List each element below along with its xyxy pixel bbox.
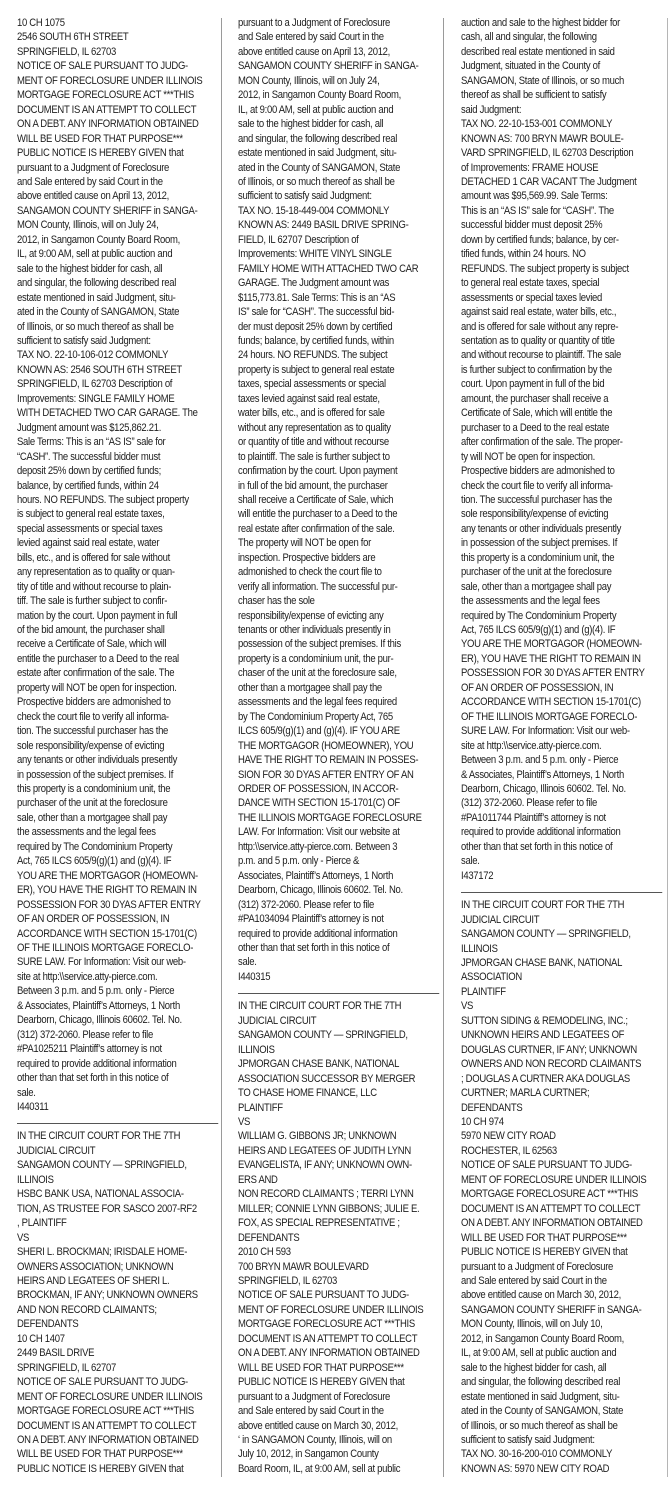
notice-text-line: water bills, etc., and is offered for sa… bbox=[238, 406, 444, 420]
notice-text-line: DEFENDANTS bbox=[238, 1231, 444, 1245]
notice-text-line: “CASH”. The successful bidder must bbox=[17, 450, 223, 464]
notice-text-line: July 10, 2012, in Sangamon County bbox=[238, 1447, 444, 1461]
notice-text-line: any tenants or other individuals present… bbox=[461, 522, 667, 536]
notice-text-line: Act, 765 ILCS 605/9(g)(1) and (g)(4). IF bbox=[17, 854, 223, 868]
notice-text-line: JPMORGAN CHASE BANK, NATIONAL bbox=[461, 956, 667, 970]
notice-text-line: DOCUMENT IS AN ATTEMPT TO COLLECT bbox=[238, 1332, 444, 1346]
notice-text-line: purchaser of the unit at the foreclosure bbox=[461, 565, 667, 579]
notice-text-line: 10 CH 1407 bbox=[17, 1332, 223, 1346]
notice-text-line: MORTGAGE FORECLOSURE ACT ***THIS bbox=[238, 1317, 444, 1331]
notice-text-line: NOTICE OF SALE PURSUANT TO JUDG- bbox=[461, 1158, 667, 1172]
notice-text-line: THE ILLINOIS MORTGAGE FORECLOSURE bbox=[238, 811, 444, 825]
notice-text-line: NOTICE OF SALE PURSUANT TO JUDG- bbox=[17, 59, 223, 73]
notice-text-line: responsibility/expense of evicting any bbox=[238, 609, 444, 623]
notice-text-line: of Illinois, or so much thereof as shall… bbox=[461, 1419, 667, 1433]
notice-text-line: ILLINOIS bbox=[461, 942, 667, 956]
notice-text-line: sale to the highest bidder for cash, all bbox=[461, 1361, 667, 1375]
notice-text-line: the assessments and the legal fees bbox=[17, 825, 223, 839]
notice-text-line: receive a Certificate of Sale, which wil… bbox=[17, 637, 223, 651]
notice-text-line: sale, other than a mortgagee shall pay bbox=[461, 580, 667, 594]
notice-text-line: deposit 25% down by certified funds; bbox=[17, 464, 223, 478]
notice-text-line: DOCUMENT IS AN ATTEMPT TO COLLECT bbox=[461, 1202, 667, 1216]
notice-text-line: and Sale entered by said Court in the bbox=[238, 30, 444, 44]
notice-text-line: property is a condominium unit, the pur- bbox=[238, 652, 444, 666]
notice-text-line: DOCUMENT IS AN ATTEMPT TO COLLECT bbox=[17, 103, 223, 117]
notice-text-line: MON County, Illinois, will on July 24, bbox=[17, 218, 223, 232]
notice-text-line: I437172 bbox=[461, 869, 667, 883]
notice-text-line: MON County, Illinois, will on July 24, bbox=[238, 74, 444, 88]
notice-text-line: cash, all and singular, the following bbox=[461, 30, 667, 44]
notice-text-line: SANGAMON COUNTY — SPRINGFIELD, bbox=[238, 1028, 444, 1042]
notice-text-line: sale, other than a mortgagee shall pay bbox=[17, 811, 223, 825]
notice-text-line: The property will NOT be open for bbox=[238, 536, 444, 550]
notice-text-line: sufficient to satisfy said Judgment: bbox=[461, 1433, 667, 1447]
notice-text-line: IN THE CIRCUIT COURT FOR THE 7TH bbox=[17, 1129, 223, 1143]
notice-text-line: THE MORTGAGOR (HOMEOWNER), YOU bbox=[238, 739, 444, 753]
notice-text-line: sale. bbox=[461, 854, 667, 868]
notice-text-line: MORTGAGE FORECLOSURE ACT ***THIS bbox=[461, 1187, 667, 1201]
notice-text-line: HSBC BANK USA, NATIONAL ASSOCIA- bbox=[17, 1187, 223, 1201]
notice-text-line: property will NOT be open for inspection… bbox=[17, 681, 223, 695]
notice-text-line: to plaintiff. The sale is further subjec… bbox=[238, 450, 444, 464]
notice-text-line: SANGAMON COUNTY SHERIFF in SANGA- bbox=[461, 1303, 667, 1317]
notice-text-line: required by The Condominium Property bbox=[461, 609, 667, 623]
notice-text-line: ASSOCIATION bbox=[461, 970, 667, 984]
notice-text-line: other than that set forth in this notice… bbox=[238, 941, 444, 955]
notice-text-line: NOTICE OF SALE PURSUANT TO JUDG- bbox=[17, 1375, 223, 1389]
notice-text-line: purchaser of the unit at the foreclosure bbox=[17, 796, 223, 810]
notice-text-line: assessments and the legal fees required bbox=[238, 695, 444, 709]
notice-text-line: OF THE ILLINOIS MORTGAGE FORECLO- bbox=[461, 710, 667, 724]
notice-text-line: YOU ARE THE MORTGAGOR (HOMEOWN- bbox=[461, 637, 667, 651]
notice-text-line: (312) 372-2060. Please refer to file bbox=[238, 898, 444, 912]
notice-text-line: KNOWN AS: 700 BRYN MAWR BOULE- bbox=[461, 132, 667, 146]
notice-text-line: to general real estate taxes, special bbox=[461, 276, 667, 290]
notice-text-line: & Associates, Plaintiff’s Attorneys, 1 N… bbox=[17, 999, 223, 1013]
notice-separator-rule bbox=[238, 993, 439, 994]
notice-text-line: shall receive a Certificate of Sale, whi… bbox=[238, 493, 444, 507]
notice-text-line: IL, at 9:00 AM, sell at public auction a… bbox=[17, 247, 223, 261]
notice-text-line: tity of title and without recourse to pl… bbox=[17, 580, 223, 594]
notice-text-line: site at http:\\service.atty-pierce.com. bbox=[17, 970, 223, 984]
notice-text-line: OWNERS ASSOCIATION; UNKNOWN bbox=[17, 1260, 223, 1274]
notice-text-line: pursuant to a Judgment of Foreclosure bbox=[17, 161, 223, 175]
notice-text-line: OWNERS AND NON RECORD CLAIMANTS bbox=[461, 1057, 667, 1071]
notice-text-line: and without recourse to plaintiff. The s… bbox=[461, 348, 667, 362]
notice-text-line: ON A DEBT. ANY INFORMATION OBTAINED bbox=[461, 1216, 667, 1230]
notice-text-line: SION FOR 30 DYAS AFTER ENTRY OF AN bbox=[238, 768, 444, 782]
notice-text-line: FIELD, IL 62707 Description of bbox=[238, 233, 444, 247]
notice-text-line: ON A DEBT. ANY INFORMATION OBTAINED bbox=[17, 117, 223, 131]
notice-text-line: SANGAMON, State of Illinois, or so much bbox=[461, 74, 667, 88]
notice-text-line: chaser of the unit at the foreclosure sa… bbox=[238, 666, 444, 680]
notice-text-line: #PA1025211 Plaintiff’s attorney is not bbox=[17, 1042, 223, 1056]
notice-text-line: VS bbox=[17, 1231, 223, 1245]
notice-text-line: site at http:\\service.atty-pierce.com. bbox=[461, 739, 667, 753]
notice-text-line: chaser has the sole bbox=[238, 594, 444, 608]
legal-notice: IN THE CIRCUIT COURT FOR THE 7THJUDICIAL… bbox=[238, 999, 444, 1476]
notice-text-line: and Sale entered by said Court in the bbox=[238, 1404, 444, 1418]
notice-text-line: and is offered for sale without any repr… bbox=[461, 320, 667, 334]
notice-text-line: IN THE CIRCUIT COURT FOR THE 7TH bbox=[238, 999, 444, 1013]
notice-text-line: sufficient to satisfy said Judgment: bbox=[17, 334, 223, 348]
notice-text-line: VS bbox=[461, 999, 667, 1013]
notice-text-line: tion. The successful purchaser has the bbox=[461, 493, 667, 507]
notice-text-line: ‘ in SANGAMON County, Illinois, will on bbox=[238, 1433, 444, 1447]
notice-text-line: DEFENDANTS bbox=[461, 1101, 667, 1115]
notice-text-line: tenants or other individuals presently i… bbox=[238, 623, 444, 637]
notice-text-line: OF AN ORDER OF POSSESSION, IN bbox=[461, 681, 667, 695]
notice-text-line: SURE LAW. For Information: Visit our web… bbox=[461, 724, 667, 738]
notice-text-line: sale. bbox=[238, 955, 444, 969]
notice-text-line: will entitle the purchaser to a Deed to … bbox=[238, 507, 444, 521]
notice-text-line: SPRINGFIELD, IL 62703 Description of bbox=[17, 377, 223, 391]
notice-text-line: p.m. and 5 p.m. only - Pierce & bbox=[238, 854, 444, 868]
notice-text-line: AND NON RECORD CLAIMANTS; bbox=[17, 1303, 223, 1317]
notice-text-line: and singular, the following described re… bbox=[461, 1375, 667, 1389]
notice-text-line: ated in the County of SANGAMON, State bbox=[461, 1404, 667, 1418]
notice-text-line: MENT OF FORECLOSURE UNDER ILLINOIS bbox=[17, 1390, 223, 1404]
notice-text-line: ON A DEBT. ANY INFORMATION OBTAINED bbox=[17, 1433, 223, 1447]
notice-text-line: PUBLIC NOTICE IS HEREBY GIVEN that bbox=[17, 146, 223, 160]
notice-text-line: (312) 372-2060. Please refer to file bbox=[17, 1028, 223, 1042]
notice-text-line: UNKNOWN HEIRS AND LEGATEES OF bbox=[461, 1028, 667, 1042]
notice-text-line: sufficient to satisfy said Judgment: bbox=[238, 189, 444, 203]
notice-text-line: amount, the purchaser shall receive a bbox=[461, 392, 667, 406]
notice-text-line: or quantity of title and without recours… bbox=[238, 435, 444, 449]
notice-text-line: special assessments or special taxes bbox=[17, 522, 223, 536]
notice-text-line: #PA1011744 Plaintiff’s attorney is not bbox=[461, 811, 667, 825]
notice-text-line: Dearborn, Chicago, Illinois 60602. Tel. … bbox=[17, 1013, 223, 1027]
notice-text-line: IS” sale for “CASH”. The successful bid- bbox=[238, 305, 444, 319]
notice-text-line: pursuant to a Judgment of Foreclosure bbox=[461, 1260, 667, 1274]
notice-text-line: BROCKMAN, IF ANY; UNKNOWN OWNERS bbox=[17, 1288, 223, 1302]
notice-text-line: required to provide additional informati… bbox=[238, 927, 444, 941]
notice-text-line: PLAINTIFF bbox=[461, 985, 667, 999]
notice-text-line: ER), YOU HAVE THE RIGHT TO REMAIN IN bbox=[17, 883, 223, 897]
notice-text-line: 700 BRYN MAWR BOULEVARD bbox=[238, 1260, 444, 1274]
notice-text-line: 2546 SOUTH 6TH STREET bbox=[17, 30, 223, 44]
notice-text-line: ILLINOIS bbox=[17, 1173, 223, 1187]
notice-text-line: ERS AND bbox=[238, 1173, 444, 1187]
notice-text-line: DOUGLAS CURTNER, IF ANY; UNKNOWN bbox=[461, 1043, 667, 1057]
notice-text-line: 2012, in Sangamon County Board Room, bbox=[461, 1332, 667, 1346]
notice-text-line: pursuant to a Judgment of Foreclosure bbox=[238, 1390, 444, 1404]
notice-text-line: the assessments and the legal fees bbox=[461, 594, 667, 608]
notice-text-line: sole responsibility/expense of evicting bbox=[17, 739, 223, 753]
notice-text-line: , PLAINTIFF bbox=[17, 1216, 223, 1230]
notice-text-line: POSSESSION FOR 30 DYAS AFTER ENTRY bbox=[17, 898, 223, 912]
notice-text-line: ROCHESTER, IL 62563 bbox=[461, 1144, 667, 1158]
notice-text-line: of Improvements: FRAME HOUSE bbox=[461, 161, 667, 175]
notice-text-line: above entitled cause on March 30, 2012, bbox=[461, 1288, 667, 1302]
notice-text-line: other than that set forth in this notice… bbox=[17, 1071, 223, 1085]
notice-text-line: PUBLIC NOTICE IS HEREBY GIVEN that bbox=[17, 1462, 223, 1476]
notice-text-line: PUBLIC NOTICE IS HEREBY GIVEN that bbox=[238, 1375, 444, 1389]
notice-text-line: TAX NO. 22-10-106-012 COMMONLY bbox=[17, 348, 223, 362]
notice-text-line: Improvements: WHITE VINYL SINGLE bbox=[238, 247, 444, 261]
notice-text-line: SANGAMON COUNTY SHERIFF in SANGA- bbox=[17, 204, 223, 218]
notice-text-line: said Judgment: bbox=[461, 103, 667, 117]
notice-text-line: purchaser to a Deed to the real estate bbox=[461, 421, 667, 435]
notice-text-line: TO CHASE HOME FINANCE, LLC bbox=[238, 1086, 444, 1100]
notice-text-line: NOTICE OF SALE PURSUANT TO JUDG- bbox=[238, 1288, 444, 1302]
notice-text-line: inspection. Prospective bidders are bbox=[238, 551, 444, 565]
notice-text-line: entitle the purchaser to a Deed to the r… bbox=[17, 652, 223, 666]
notice-text-line: after confirmation of the sale. The prop… bbox=[461, 435, 667, 449]
notice-text-line: REFUNDS. The subject property is subject bbox=[461, 262, 667, 276]
notice-text-line: balance, by certified funds, within 24 bbox=[17, 479, 223, 493]
notice-text-line: SUTTON SIDING & REMODELING, INC.; bbox=[461, 1014, 667, 1028]
notice-text-line: ASSOCIATION SUCCESSOR BY MERGER bbox=[238, 1072, 444, 1086]
notice-text-line: this property is a condominium unit, the bbox=[17, 782, 223, 796]
notice-text-line: taxes, special assessments or special bbox=[238, 377, 444, 391]
notice-text-line: Prospective bidders are admonished to bbox=[17, 695, 223, 709]
notice-text-line: 10 CH 974 bbox=[461, 1115, 667, 1129]
notice-text-line: estate mentioned in said Judgment, situ- bbox=[461, 1390, 667, 1404]
notice-text-line: estate mentioned in said Judgment, situ- bbox=[17, 291, 223, 305]
notice-text-line: der must deposit 25% down by certified bbox=[238, 320, 444, 334]
notice-text-line: required to provide additional informati… bbox=[461, 825, 667, 839]
notice-text-line: described real estate mentioned in said bbox=[461, 45, 667, 59]
notice-text-line: HAVE THE RIGHT TO REMAIN IN POSSES- bbox=[238, 753, 444, 767]
column-2: pursuant to a Judgment of Foreclosureand… bbox=[238, 16, 444, 1476]
notice-text-line: DETACHED 1 CAR VACANT The Judgment bbox=[461, 175, 667, 189]
notice-text-line: VS bbox=[238, 1115, 444, 1129]
notice-text-line: WITH DETACHED TWO CAR GARAGE. The bbox=[17, 406, 223, 420]
notice-text-line: WILLIAM G. GIBBONS JR; UNKNOWN bbox=[238, 1129, 444, 1143]
notice-text-line: Prospective bidders are admonished to bbox=[461, 464, 667, 478]
notice-text-line: 10 CH 1075 bbox=[17, 16, 223, 30]
notice-text-line: ILLINOIS bbox=[238, 1043, 444, 1057]
notice-text-line: 2012, in Sangamon County Board Room, bbox=[238, 88, 444, 102]
notice-text-line: I440311 bbox=[17, 1100, 223, 1114]
notice-text-line: TAX NO. 22-10-153-001 COMMONLY bbox=[461, 117, 667, 131]
notice-text-line: SPRINGFIELD, IL 62707 bbox=[17, 1361, 223, 1375]
notice-text-line: KNOWN AS: 2449 BASIL DRIVE SPRING- bbox=[238, 218, 444, 232]
notice-text-line: JPMORGAN CHASE BANK, NATIONAL bbox=[238, 1057, 444, 1071]
notice-text-line: estate after confirmation of the sale. T… bbox=[17, 666, 223, 680]
notice-text-line: MON County, Illinois, will on July 10, bbox=[461, 1317, 667, 1331]
notice-text-line: tion. The successful purchaser has the bbox=[17, 724, 223, 738]
notice-text-line: $115,773.81. Sale Terms: This is an “AS bbox=[238, 291, 444, 305]
notice-text-line: Judgment, situated in the County of bbox=[461, 59, 667, 73]
notice-text-line: DEFENDANTS bbox=[17, 1317, 223, 1331]
notice-text-line: HEIRS AND LEGATEES OF JUDITH LYNN bbox=[238, 1144, 444, 1158]
notice-text-line: ER), YOU HAVE THE RIGHT TO REMAIN IN bbox=[461, 652, 667, 666]
notice-text-line: This is an “AS IS” sale for “CASH”. The bbox=[461, 204, 667, 218]
notice-text-line: in possession of the subject premises. I… bbox=[461, 536, 667, 550]
notice-text-line: IN THE CIRCUIT COURT FOR THE 7TH bbox=[461, 898, 667, 912]
notice-text-line: OF THE ILLINOIS MORTGAGE FORECLO- bbox=[17, 941, 223, 955]
notice-text-line: TION, AS TRUSTEE FOR SASCO 2007-RF2 bbox=[17, 1202, 223, 1216]
notice-text-line: sale to the highest bidder for cash, all bbox=[17, 262, 223, 276]
notice-text-line: Act, 765 ILCS 605/9(g)(1) and (g)(4). IF bbox=[461, 623, 667, 637]
notice-text-line: confirmation by the court. Upon payment bbox=[238, 464, 444, 478]
notice-text-line: ACCORDANCE WITH SECTION 15-1701(C) bbox=[461, 695, 667, 709]
notice-text-line: 2012, in Sangamon County Board Room, bbox=[17, 233, 223, 247]
notice-text-line: GARAGE. The Judgment amount was bbox=[238, 276, 444, 290]
notice-text-line: ILCS 605/9(g)(1) and (g)(4). IF YOU ARE bbox=[238, 724, 444, 738]
legal-notice: pursuant to a Judgment of Foreclosureand… bbox=[238, 16, 444, 984]
notice-text-line: TAX NO. 30-16-200-010 COMMONLY bbox=[461, 1447, 667, 1461]
notice-text-line: #PA1034094 Plaintiff’s attorney is not bbox=[238, 912, 444, 926]
notice-text-line: required by The Condominium Property bbox=[17, 840, 223, 854]
notice-text-line: 2010 CH 593 bbox=[238, 1245, 444, 1259]
notice-text-line: against said real estate, water bills, e… bbox=[461, 305, 667, 319]
notice-text-line: is subject to general real estate taxes, bbox=[17, 507, 223, 521]
notice-text-line: WILL BE USED FOR THAT PURPOSE*** bbox=[17, 1447, 223, 1461]
notice-text-line: property is subject to general real esta… bbox=[238, 363, 444, 377]
notice-text-line: by The Condominium Property Act, 765 bbox=[238, 710, 444, 724]
notice-text-line: assessments or special taxes levied bbox=[461, 291, 667, 305]
legal-notice: IN THE CIRCUIT COURT FOR THE 7THJUDICIAL… bbox=[17, 1129, 223, 1476]
legal-notices-page: 10 CH 10752546 SOUTH 6TH STREETSPRINGFIE… bbox=[0, 0, 672, 1489]
notice-text-line: any representation as to quality or quan… bbox=[17, 565, 223, 579]
notice-text-line: funds; balance, by certified funds, with… bbox=[238, 334, 444, 348]
notice-text-line: JUDICIAL CIRCUIT bbox=[17, 1144, 223, 1158]
legal-notice: IN THE CIRCUIT COURT FOR THE 7THJUDICIAL… bbox=[461, 898, 667, 1476]
notice-text-line: sole responsibility/expense of evicting bbox=[461, 507, 667, 521]
notice-text-line: is further subject to confirmation by th… bbox=[461, 363, 667, 377]
notice-text-line: this property is a condominium unit, the bbox=[461, 551, 667, 565]
notice-text-line: auction and sale to the highest bidder f… bbox=[461, 16, 667, 30]
notice-text-line: 5970 NEW CITY ROAD bbox=[461, 1129, 667, 1143]
notice-text-line: PLAINTIFF bbox=[238, 1101, 444, 1115]
notice-text-line: any tenants or other individuals present… bbox=[17, 753, 223, 767]
notice-text-line: Judgment amount was $125,862.21. bbox=[17, 421, 223, 435]
notice-text-line: IL, at 9:00 AM, sell at public auction a… bbox=[238, 103, 444, 117]
notice-text-line: HEIRS AND LEGATEES OF SHERI L. bbox=[17, 1274, 223, 1288]
legal-notice: auction and sale to the highest bidder f… bbox=[461, 16, 667, 883]
notice-text-line: estate mentioned in said Judgment, situ- bbox=[238, 146, 444, 160]
notice-text-line: SANGAMON COUNTY — SPRINGFIELD, bbox=[17, 1158, 223, 1172]
notice-text-line: levied against said real estate, water bbox=[17, 536, 223, 550]
notice-text-line: hours. NO REFUNDS. The subject property bbox=[17, 493, 223, 507]
notice-text-line: without any representation as to quality bbox=[238, 421, 444, 435]
notice-text-line: EVANGELISTA, IF ANY; UNKNOWN OWN- bbox=[238, 1158, 444, 1172]
notice-text-line: real estate after confirmation of the sa… bbox=[238, 522, 444, 536]
notice-text-line: and singular, the following described re… bbox=[238, 132, 444, 146]
notice-text-line: MORTGAGE FORECLOSURE ACT ***THIS bbox=[17, 1404, 223, 1418]
notice-text-line: ACCORDANCE WITH SECTION 15-1701(C) bbox=[17, 927, 223, 941]
notice-text-line: NON RECORD CLAIMANTS ; TERRI LYNN bbox=[238, 1187, 444, 1201]
notice-text-line: FAMILY HOME WITH ATTACHED TWO CAR bbox=[238, 262, 444, 276]
notice-text-line: I440315 bbox=[238, 970, 444, 984]
notice-text-line: Improvements: SINGLE FAMILY HOME bbox=[17, 392, 223, 406]
notice-text-line: Board Room, IL, at 9:00 AM, sell at publ… bbox=[238, 1462, 444, 1476]
notice-text-line: IL, at 9:00 AM, sell at public auction a… bbox=[461, 1346, 667, 1360]
notice-text-line: JUDICIAL CIRCUIT bbox=[238, 1014, 444, 1028]
notice-text-line: of the bid amount, the purchaser shall bbox=[17, 623, 223, 637]
notice-text-line: (312) 372-2060. Please refer to file bbox=[461, 796, 667, 810]
notice-text-line: required to provide additional informati… bbox=[17, 1057, 223, 1071]
notice-text-line: 24 hours. NO REFUNDS. The subject bbox=[238, 348, 444, 362]
notice-text-line: successful bidder must deposit 25% bbox=[461, 218, 667, 232]
notice-text-line: possession of the subject premises. If t… bbox=[238, 637, 444, 651]
notice-text-line: SPRINGFIELD, IL 62703 bbox=[238, 1274, 444, 1288]
notice-text-line: SANGAMON COUNTY — SPRINGFIELD, bbox=[461, 927, 667, 941]
notice-text-line: amount was $95,569.99. Sale Terms: bbox=[461, 189, 667, 203]
notice-text-line: above entitled cause on March 30, 2012, bbox=[238, 1419, 444, 1433]
notice-text-line: check the court file to verify all infor… bbox=[461, 479, 667, 493]
notice-text-line: admonished to check the court file to bbox=[238, 565, 444, 579]
notice-separator-rule bbox=[461, 892, 662, 893]
notice-text-line: and singular, the following described re… bbox=[17, 276, 223, 290]
notice-text-line: MENT OF FORECLOSURE UNDER ILLINOIS bbox=[461, 1173, 667, 1187]
notice-text-line: other than that set forth in this notice… bbox=[461, 840, 667, 854]
notice-text-line: Between 3 p.m. and 5 p.m. only - Pierce bbox=[461, 753, 667, 767]
notice-text-line: Certificate of Sale, which will entitle … bbox=[461, 406, 667, 420]
notice-text-line: & Associates, Plaintiff’s Attorneys, 1 N… bbox=[461, 768, 667, 782]
notice-text-line: ; DOUGLAS A CURTNER AKA DOUGLAS bbox=[461, 1072, 667, 1086]
notice-text-line: POSSESSION FOR 30 DYAS AFTER ENTRY bbox=[461, 666, 667, 680]
notice-text-line: KNOWN AS: 5970 NEW CITY ROAD bbox=[461, 1462, 667, 1476]
notice-text-line: and Sale entered by said Court in the bbox=[461, 1274, 667, 1288]
notice-text-line: Dearborn, Chicago, Illinois 60602. Tel. … bbox=[238, 883, 444, 897]
notice-text-line: CURTNER; MARLA CURTNER; bbox=[461, 1086, 667, 1100]
notice-text-line: SANGAMON COUNTY SHERIFF in SANGA- bbox=[238, 59, 444, 73]
notice-text-line: and Sale entered by said Court in the bbox=[17, 175, 223, 189]
notice-text-line: above entitled cause on April 13, 2012, bbox=[238, 45, 444, 59]
notice-text-line: ated in the County of SANGAMON, State bbox=[17, 305, 223, 319]
notice-text-line: http:\\service.atty-pierce.com. Between … bbox=[238, 840, 444, 854]
notice-text-line: bills, etc., and is offered for sale wit… bbox=[17, 551, 223, 565]
column-1: 10 CH 10752546 SOUTH 6TH STREETSPRINGFIE… bbox=[17, 16, 223, 1476]
notice-text-line: SURE LAW. For Information: Visit our web… bbox=[17, 955, 223, 969]
notice-text-line: of Illinois, or so much thereof as shall… bbox=[17, 320, 223, 334]
notice-text-line: Dearborn, Chicago, Illinois 60602. Tel. … bbox=[461, 782, 667, 796]
notice-text-line: court. Upon payment in full of the bid bbox=[461, 377, 667, 391]
notice-separator-rule bbox=[17, 1123, 218, 1124]
notice-text-line: of Illinois, or so much thereof as shall… bbox=[238, 175, 444, 189]
notice-text-line: ty will NOT be open for inspection. bbox=[461, 450, 667, 464]
notice-text-line: JUDICIAL CIRCUIT bbox=[461, 913, 667, 927]
notice-text-line: LAW. For Information: Visit our website … bbox=[238, 825, 444, 839]
notice-text-line: MILLER; CONNIE LYNN GIBBONS; JULIE E. bbox=[238, 1202, 444, 1216]
notice-text-line: WILL BE USED FOR THAT PURPOSE*** bbox=[461, 1231, 667, 1245]
notice-text-line: PUBLIC NOTICE IS HEREBY GIVEN that bbox=[461, 1245, 667, 1259]
notice-text-line: in possession of the subject premises. I… bbox=[17, 768, 223, 782]
notice-text-line: thereof as shall be sufficient to satisf… bbox=[461, 88, 667, 102]
notice-text-line: WILL BE USED FOR THAT PURPOSE*** bbox=[238, 1361, 444, 1375]
notice-text-line: DANCE WITH SECTION 15-1701(C) OF bbox=[238, 796, 444, 810]
notice-text-line: FOX, AS SPECIAL REPRESENTATIVE ; bbox=[238, 1216, 444, 1230]
notice-text-line: MENT OF FORECLOSURE UNDER ILLINOIS bbox=[17, 74, 223, 88]
notice-text-line: WILL BE USED FOR THAT PURPOSE*** bbox=[17, 132, 223, 146]
notice-text-line: VARD SPRINGFIELD, IL 62703 Description bbox=[461, 146, 667, 160]
notice-text-line: sale to the highest bidder for cash, all bbox=[238, 117, 444, 131]
notice-text-line: verify all information. The successful p… bbox=[238, 580, 444, 594]
notice-text-line: TAX NO. 15-18-449-004 COMMONLY bbox=[238, 204, 444, 218]
notice-text-line: taxes levied against said real estate, bbox=[238, 392, 444, 406]
legal-notice: 10 CH 10752546 SOUTH 6TH STREETSPRINGFIE… bbox=[17, 16, 223, 1114]
notice-text-line: mation by the court. Upon payment in ful… bbox=[17, 609, 223, 623]
notice-text-line: check the court file to verify all infor… bbox=[17, 710, 223, 724]
notice-text-line: MENT OF FORECLOSURE UNDER ILLINOIS bbox=[238, 1303, 444, 1317]
notice-text-line: other than a mortgagee shall pay the bbox=[238, 681, 444, 695]
notice-text-line: above entitled cause on April 13, 2012, bbox=[17, 189, 223, 203]
notice-text-line: in full of the bid amount, the purchaser bbox=[238, 479, 444, 493]
notice-text-line: OF AN ORDER OF POSSESSION, IN bbox=[17, 912, 223, 926]
notice-text-line: SPRINGFIELD, IL 62703 bbox=[17, 45, 223, 59]
notice-text-line: YOU ARE THE MORTGAGOR (HOMEOWN- bbox=[17, 869, 223, 883]
notice-text-line: Between 3 p.m. and 5 p.m. only - Pierce bbox=[17, 984, 223, 998]
notice-text-line: down by certified funds; balance, by cer… bbox=[461, 233, 667, 247]
notice-text-line: KNOWN AS: 2546 SOUTH 6TH STREET bbox=[17, 363, 223, 377]
notice-text-line: sale. bbox=[17, 1086, 223, 1100]
notice-text-line: MORTGAGE FORECLOSURE ACT ***THIS bbox=[17, 88, 223, 102]
